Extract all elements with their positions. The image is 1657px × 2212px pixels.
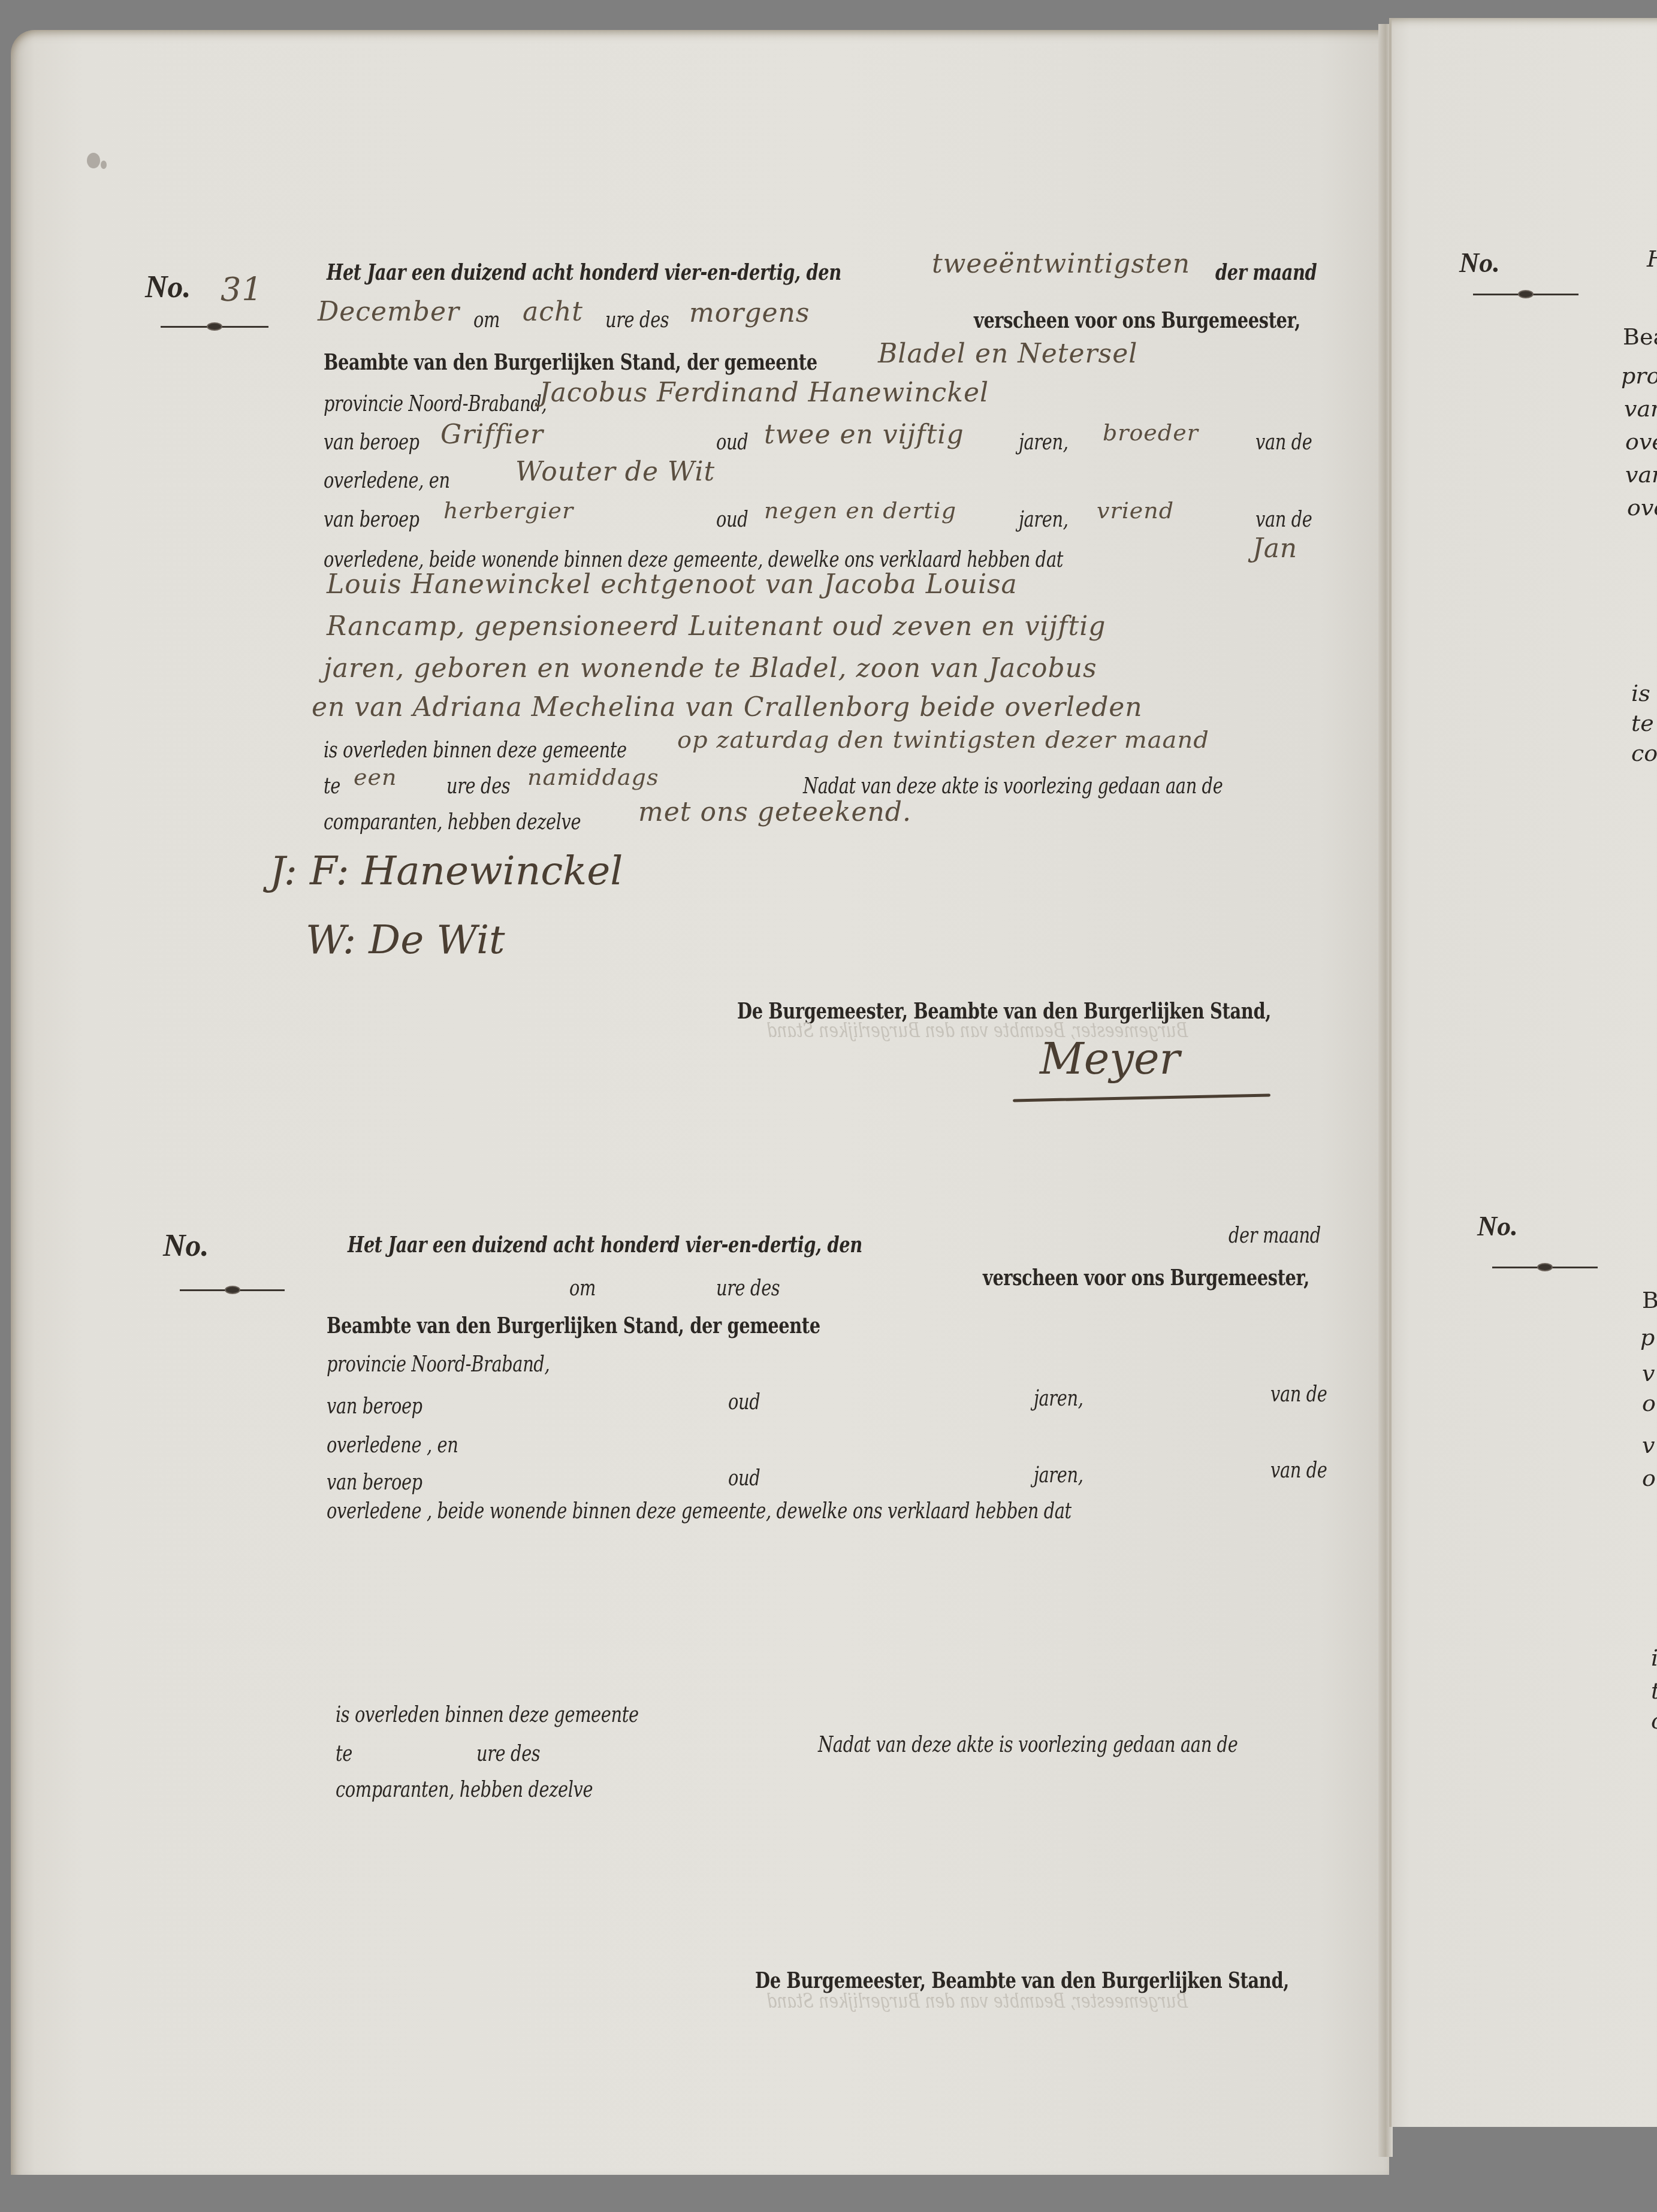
right-fragment: v xyxy=(1642,1432,1655,1458)
handwritten-relation1: broeder xyxy=(1103,419,1199,446)
right-fragment: van xyxy=(1624,395,1657,422)
handwritten-witness2: Wouter de Wit xyxy=(515,457,715,487)
right-fragment: o xyxy=(1642,1465,1656,1491)
printed-text: van beroep xyxy=(327,1393,422,1419)
printed-text: overledene, beide wonende binnen deze ge… xyxy=(324,546,1063,572)
handwritten-month: December xyxy=(318,297,460,327)
handwritten-age1: twee en vijftig xyxy=(764,419,964,450)
ornament-divider xyxy=(161,324,268,330)
handwritten-daypart: morgens xyxy=(689,298,810,328)
right-fragment: i xyxy=(1651,1645,1657,1671)
right-entry-number-label: No. xyxy=(1459,247,1500,279)
right-fragment: H xyxy=(1647,246,1657,272)
printed-text: der maand xyxy=(1229,1222,1321,1248)
ornament-divider xyxy=(180,1287,285,1293)
ink-stain xyxy=(101,161,107,169)
printed-text: van de xyxy=(1270,1381,1327,1407)
handwritten-occupation1: Griffier xyxy=(440,419,544,450)
printed-text: jaren, xyxy=(1034,1462,1083,1488)
ornament-divider xyxy=(1473,291,1578,297)
printed-text: om xyxy=(569,1275,596,1301)
ornament-divider xyxy=(1492,1264,1598,1270)
handwritten-date-of-death: op zaturdag den twintigsten dezer maand xyxy=(677,726,1209,754)
printed-text: van beroep xyxy=(324,429,419,455)
printed-text: Nadat van deze akte is voorlezing gedaan… xyxy=(803,773,1223,799)
handwritten-day: tweeëntwintigsten xyxy=(932,249,1190,279)
signature-witness2: W: De Wit xyxy=(306,917,505,963)
printed-text: verscheen voor ons Burgemeester, xyxy=(974,307,1300,333)
printed-text: comparanten, hebben dezelve xyxy=(324,809,581,835)
printed-text: van de xyxy=(1270,1457,1327,1483)
right-fragment: van xyxy=(1625,461,1657,488)
printed-text: Het Jaar een duizend acht honderd vier-e… xyxy=(327,259,841,285)
right-fragment: is xyxy=(1631,680,1650,706)
handwritten-text: met ons geteekend. xyxy=(638,797,911,827)
printed-text: Nadat van deze akte is voorlezing gedaan… xyxy=(818,1731,1238,1757)
printed-text: Beambte van den Burgerlijken Stand, der … xyxy=(324,349,817,375)
printed-text: van de xyxy=(1255,506,1312,532)
printed-text: oud xyxy=(716,429,748,455)
handwritten-hour: een xyxy=(354,764,397,790)
entry-number-value: 31 xyxy=(221,271,263,309)
printed-text: te xyxy=(336,1740,352,1766)
handwritten-body-line: Louis Hanewinckel echtgenoot van Jacoba … xyxy=(327,569,1018,600)
handwritten-age2: negen en dertig xyxy=(764,497,956,524)
printed-text: oud xyxy=(716,506,748,532)
handwritten-body-line: jaren, geboren en wonende te Bladel, zoo… xyxy=(324,653,1097,684)
printed-text: provincie Noord-Braband, xyxy=(327,1351,550,1377)
printed-text: ure des xyxy=(716,1275,780,1301)
printed-text: van beroep xyxy=(324,506,419,532)
handwritten-municipality: Bladel en Netersel xyxy=(878,339,1137,369)
printed-text: ure des xyxy=(476,1740,540,1766)
printed-text: provincie Noord-Braband, xyxy=(324,391,547,416)
right-page xyxy=(1389,18,1657,2127)
right-fragment: c xyxy=(1651,1708,1657,1734)
handwritten-hour: acht xyxy=(523,297,583,327)
handwritten-occupation2: herbergier xyxy=(443,497,574,524)
entry-number-label: No. xyxy=(163,1228,209,1264)
ink-stain xyxy=(87,153,100,168)
printed-text: jaren, xyxy=(1019,429,1068,455)
show-through-text: Burgemeester, Beambte van den Burgerlijk… xyxy=(766,1989,1188,2013)
entry-number-label: No. xyxy=(145,270,191,305)
right-fragment: pro xyxy=(1621,362,1657,389)
handwritten-body-line: en van Adriana Mechelina van Crallenborg… xyxy=(312,692,1143,723)
printed-text: overledene , beide wonende binnen deze g… xyxy=(327,1498,1072,1524)
right-fragment: te xyxy=(1631,710,1654,736)
printed-text: van de xyxy=(1255,429,1312,455)
handwritten-text: Jan xyxy=(1252,533,1297,564)
printed-text: ure des xyxy=(605,307,669,333)
right-fragment: o xyxy=(1642,1390,1656,1416)
printed-text: oud xyxy=(728,1465,760,1491)
printed-text: te xyxy=(324,773,340,799)
handwritten-body-line: Rancamp, gepensioneerd Luitenant oud zev… xyxy=(327,611,1106,642)
printed-text: is overleden binnen deze gemeente xyxy=(336,1702,639,1727)
show-through-text: Burgemeester, Beambte van den Burgerlijk… xyxy=(766,1019,1188,1042)
right-fragment: v xyxy=(1642,1360,1655,1386)
right-entry-number-label: No. xyxy=(1477,1210,1518,1242)
printed-text: is overleden binnen deze gemeente xyxy=(324,737,627,763)
printed-text: der maand xyxy=(1215,259,1317,285)
printed-text: oud xyxy=(728,1389,760,1415)
right-fragment: p xyxy=(1640,1324,1655,1350)
printed-text: Beambte van den Burgerlijken Stand, der … xyxy=(327,1312,820,1338)
right-fragment: ove xyxy=(1627,494,1657,521)
right-fragment: ove xyxy=(1625,428,1657,455)
printed-text: jaren, xyxy=(1034,1385,1083,1411)
right-fragment: Bea xyxy=(1623,324,1657,350)
printed-text: jaren, xyxy=(1019,506,1068,532)
right-fragment: B xyxy=(1642,1287,1657,1313)
printed-text: om xyxy=(473,307,500,333)
handwritten-witness1: Jacobus Ferdinand Hanewinckel xyxy=(539,377,989,408)
printed-text: ure des xyxy=(446,773,510,799)
handwritten-daypart: namiddags xyxy=(527,764,659,790)
printed-text: van beroep xyxy=(327,1469,422,1495)
printed-text: verscheen voor ons Burgemeester, xyxy=(983,1264,1309,1291)
printed-text: comparanten, hebben dezelve xyxy=(336,1776,593,1802)
right-fragment: t xyxy=(1651,1678,1657,1704)
right-fragment: con xyxy=(1631,740,1657,766)
printed-text: Het Jaar een duizend acht honderd vier-e… xyxy=(348,1231,862,1258)
handwritten-relation2: vriend xyxy=(1097,497,1174,524)
printed-text: overledene , en xyxy=(327,1432,458,1458)
signature-witness1: J: F: Hanewinckel xyxy=(270,848,623,894)
printed-text: overledene, en xyxy=(324,467,450,493)
